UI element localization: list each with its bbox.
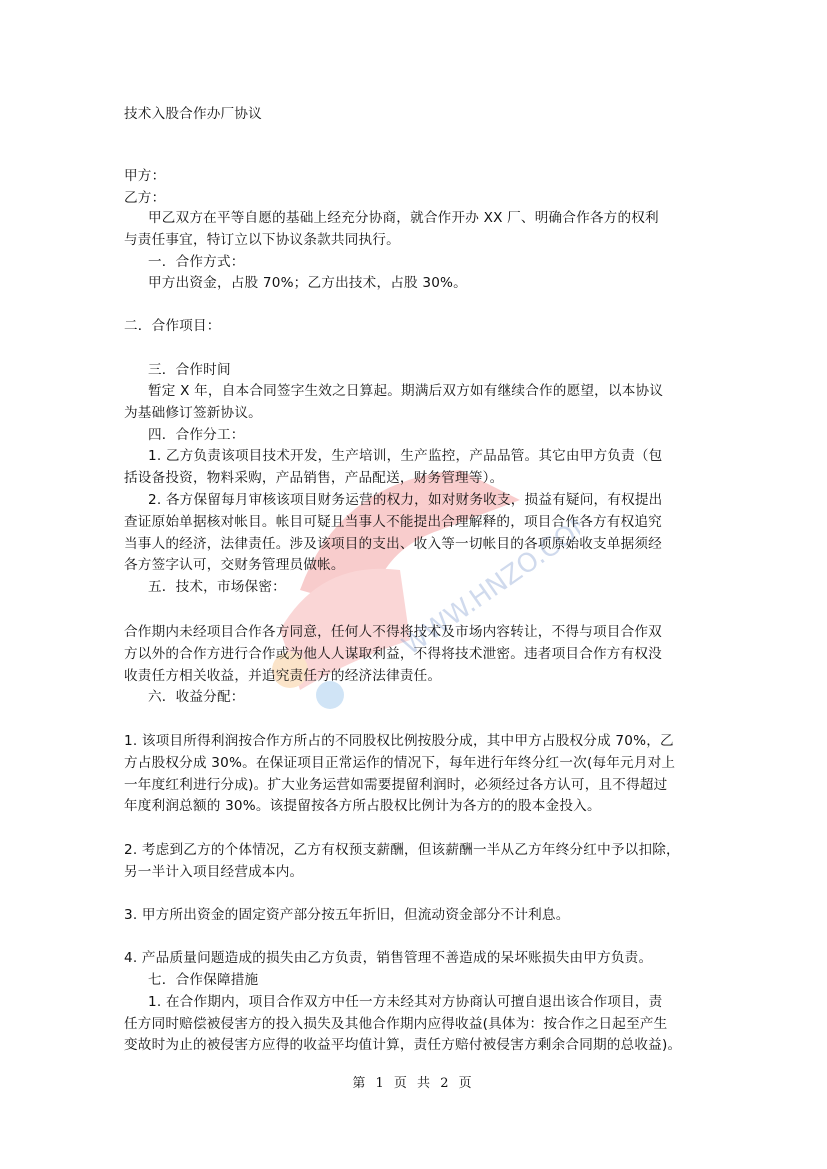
document-page: WWW.HNZO.COM 技术入股合作办厂协议 甲方：乙方：甲乙双方在平等自愿的… <box>0 0 827 1169</box>
document-line: 2. 各方保留每月审核该项目财务运营的权力，如对财务收支，损益有疑问，有权提出 <box>148 490 662 510</box>
document-line: 四．合作分工： <box>148 425 245 445</box>
document-line: 任方同时赔偿被侵害方的投入损失及其他合作期内应得收益(具体为：按合作之日起至产生 <box>124 1014 667 1034</box>
document-line: 七．合作保障措施 <box>148 970 258 990</box>
document-line: 1. 在合作期内，项目合作双方中任一方未经其对方协商认可擅自退出该合作项目，责 <box>148 992 662 1012</box>
document-line: 为基础修订签新协议。 <box>124 403 262 423</box>
document-line: 甲方出资金，占股 70%；乙方出技术，占股 30%。 <box>148 273 467 293</box>
document-line: 二．合作项目： <box>124 316 221 336</box>
document-line: 甲方： <box>124 166 165 186</box>
document-line: 方以外的合作方进行合作或为他人人谋取利益，不得将技术泄密。违者项目合作方有权没 <box>124 644 662 664</box>
document-line: 查证原始单据核对帐目。帐目可疑且当事人不能提出合理解释的，项目合作各方有权追究 <box>124 512 662 532</box>
document-line: 暂定 X 年，自本合同签字生效之日算起。期满后双方如有继续合作的愿望，以本协议 <box>148 381 663 401</box>
document-line: 合作期内未经项目合作各方同意，任何人不得将技术及市场内容转让，不得与项目合作双 <box>124 622 662 642</box>
document-line: 一．合作方式： <box>148 252 245 272</box>
document-line: 4. 产品质量问题造成的损失由乙方负责，销售管理不善造成的呆坏账损失由甲方负责。 <box>124 948 652 968</box>
document-line: 乙方： <box>124 188 165 208</box>
document-line: 2. 考虑到乙方的个体情况，乙方有权预支薪酬，但该薪酬一半从乙方年终分红中予以扣… <box>124 840 680 860</box>
document-line: 年度利润总额的 30%。该提留按各方所占股权比例计为各方的的股本金投入。 <box>124 796 601 816</box>
document-line: 方占股权分成 30%。在保证项目正常运作的情况下，每年进行年终分红一次(每年元月… <box>124 753 675 773</box>
document-line: 变故时为止的被侵害方应得的收益平均值计算，责任方赔付被侵害方剩余合同期的总收益)… <box>124 1035 681 1055</box>
document-line: 另一半计入项目经营成本内。 <box>124 862 303 882</box>
document-line: 3. 甲方所出资金的固定资产部分按五年折旧，但流动资金部分不计利息。 <box>124 905 570 925</box>
document-line: 一年度红利进行分成)。扩大业务运营如需要提留利润时，必须经过各方认可，且不得超过 <box>124 775 667 795</box>
document-line: 当事人的经济，法律责任。涉及该项目的支出、收入等一切帐目的各项原始收支单据须经 <box>124 534 662 554</box>
document-line: 1. 该项目所得利润按合作方所占的不同股权比例按股分成，其中甲方占股权分成 70… <box>124 731 674 751</box>
document-line: 甲乙双方在平等自愿的基础上经充分协商，就合作开办 XX 厂、明确合作各方的权利 <box>148 208 659 228</box>
page-footer: 第 1 页 共 2 页 <box>0 1072 827 1091</box>
document-line: 五．技术，市场保密： <box>148 577 286 597</box>
document-line: 三．合作时间 <box>148 360 231 380</box>
document-line: 与责任事宜，特订立以下协议条款共同执行。 <box>124 230 400 250</box>
document-line: 六．收益分配： <box>148 687 245 707</box>
document-line: 各方签字认可，交财务管理员做帐。 <box>124 555 345 575</box>
document-line: 括设备投资，物料采购，产品销售，产品配送，财务管理等）。 <box>124 468 503 488</box>
document-title: 技术入股合作办厂协议 <box>124 104 262 124</box>
document-line: 收责任方相关收益，并追究责任方的经济法律责任。 <box>124 666 441 686</box>
document-line: 1. 乙方负责该项目技术开发，生产培训，生产监控，产品品管。其它由甲方负责（包 <box>148 446 662 466</box>
